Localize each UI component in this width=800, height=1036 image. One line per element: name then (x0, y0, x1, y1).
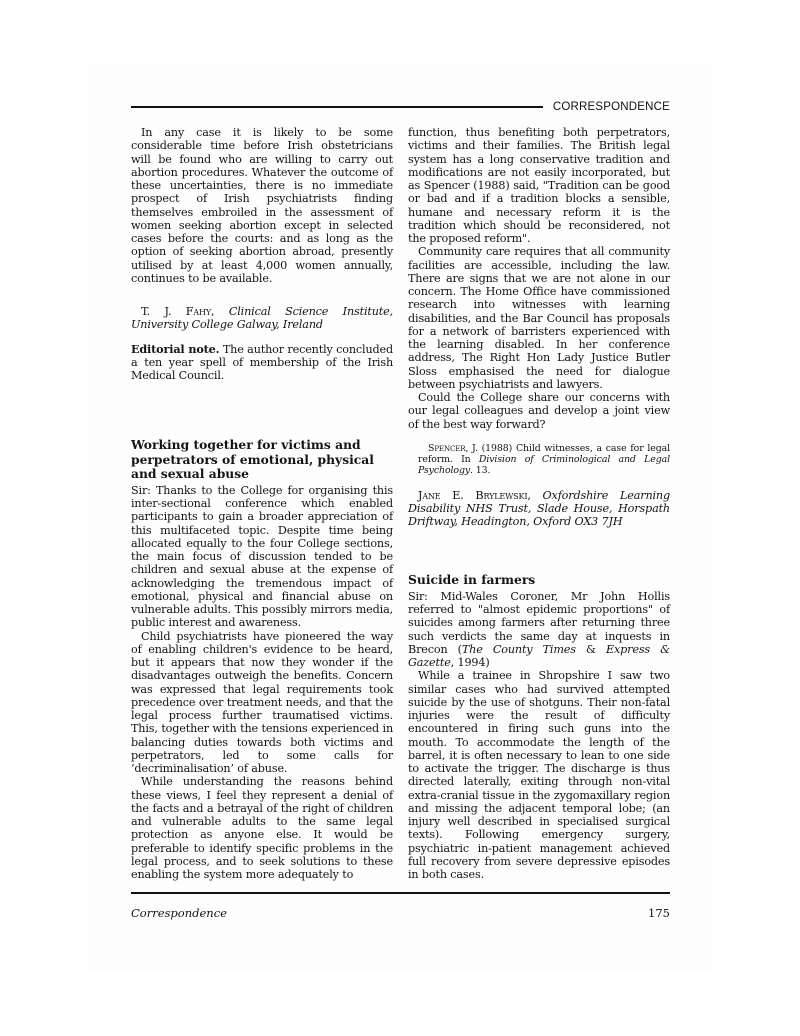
article-paragraph: Sir: Thanks to the College for organisin… (131, 484, 393, 630)
reference-entry: Spencer, J. (1988) Child witnesses, a ca… (408, 443, 670, 477)
article-paragraph: While understanding the reasons behind t… (131, 775, 393, 881)
article-title-suicide-in-farmers: Suicide in farmers (408, 573, 670, 588)
author-signature: Jane E. Brylewski, Oxfordshire Learning … (408, 489, 670, 529)
page-footer: Correspondence 175 (131, 892, 670, 920)
author-name: Jane E. Brylewski, (418, 489, 531, 502)
newspaper-title: The County Times (462, 643, 576, 656)
header-rule (131, 106, 543, 108)
editorial-note: Editorial note. The author recently conc… (131, 343, 393, 383)
article-paragraph: Community care requires that all communi… (408, 245, 670, 391)
author-name: T. J. Fahy, (141, 305, 214, 318)
article-title-working-together: Working together for victims and perpetr… (131, 438, 393, 482)
page-number: 175 (648, 906, 670, 920)
paragraph-text: , 1994) (451, 656, 490, 669)
article-paragraph: Could the College share our concerns wit… (408, 391, 670, 431)
reference-tail: . 13. (470, 465, 490, 476)
article-paragraph: Child psychiatrists have pioneered the w… (131, 630, 393, 776)
reference-author: Spencer, J. (428, 443, 478, 454)
paragraph-text: & (576, 643, 606, 656)
left-column: In any case it is likely to be some cons… (131, 126, 393, 881)
continuation-paragraph: In any case it is likely to be some cons… (131, 126, 393, 285)
section-label: CORRESPONDENCE (553, 101, 670, 113)
article-paragraph: Sir: Mid-Wales Coroner, Mr John Hollis r… (408, 590, 670, 670)
editorial-note-label: Editorial note. (131, 342, 219, 356)
footer-rule (131, 892, 670, 894)
continuation-paragraph: function, thus benefiting both perpetrat… (408, 126, 670, 245)
running-head: CORRESPONDENCE (131, 99, 670, 115)
author-signature: T. J. Fahy, Clinical Science Institute, … (131, 305, 393, 332)
article-paragraph: While a trainee in Shropshire I saw two … (408, 669, 670, 881)
footer-section-label: Correspondence (131, 906, 227, 920)
right-column: function, thus benefiting both perpetrat… (408, 126, 670, 881)
